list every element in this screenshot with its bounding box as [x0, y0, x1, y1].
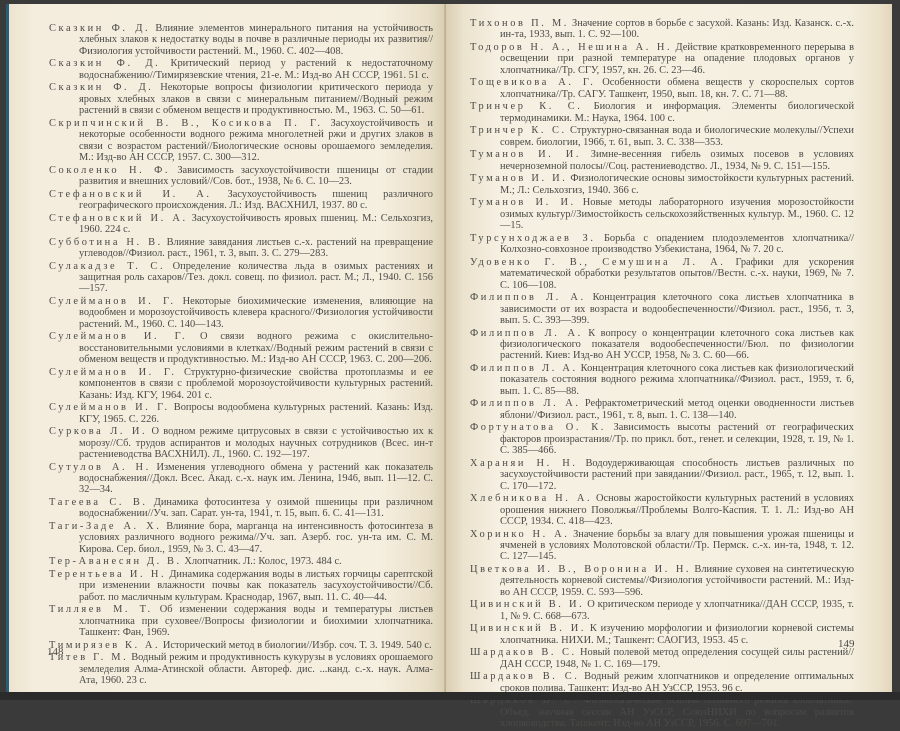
bibliography-entry: Тодоров Н. А., Нешина А. Н. Действие кра…: [470, 42, 854, 76]
entry-author: Хараняи Н. Н.: [470, 458, 578, 469]
bibliography-entry: Хлебникова Н. А. Основы жаростойкости ку…: [470, 493, 854, 527]
entry-author: Туманов И. И.: [470, 197, 576, 208]
entry-author: Тихонов П. М.: [470, 18, 569, 29]
entry-author: Терентьева И. Н.: [49, 569, 166, 580]
entry-author: Фортунатова О. К.: [470, 422, 606, 433]
bibliography-entry: Сулейманов И. Г. Вопросы водообмена куль…: [49, 402, 433, 425]
entry-author: Тагеева С. В.: [49, 497, 148, 508]
bibliography-entry: Тощевикова А. Г. Особенности обмена веще…: [470, 77, 854, 100]
bibliography-entry: Удовенко Г. В., Семушина Л. А. Графики д…: [470, 257, 854, 291]
entry-author: Сказкин Ф. Д.: [49, 23, 150, 34]
entry-author: Стефановский И. А.: [49, 189, 212, 200]
left-page: Сказкин Ф. Д. Влияние элементов минераль…: [6, 4, 446, 694]
entry-author: Таги-Заде А. Х.: [49, 521, 161, 532]
entry-author: Сулейманов И. Г.: [49, 402, 170, 413]
bibliography-entry: Фортунатова О. К. Зависимость высоты рас…: [470, 422, 854, 456]
bibliography-entry: Стефановский И. А. Засухоустойчивость пш…: [49, 189, 433, 212]
entry-author: Филиппов Л. А.: [470, 363, 578, 374]
entry-author: Цветкова И. В., Воронина И. Н.: [470, 564, 691, 575]
bibliography-entry: Туманов И. И. Новые методы лабораторного…: [470, 197, 854, 231]
bibliography-entry: Тринчер К. С. Биология и информация. Эле…: [470, 101, 854, 124]
bibliography-entry: Филиппов Л. А. Концентрация клеточного с…: [470, 292, 854, 326]
bibliography-entry: Сутулов А. Н. Изменения углеводного обме…: [49, 462, 433, 496]
bibliography-entry: Турсунходжаев З. Борьба с опадением плод…: [470, 233, 854, 256]
entry-author: Туманов И. И.: [470, 149, 581, 160]
page-bottom-edge: [0, 692, 900, 700]
entry-author: Шардаков В. С.: [470, 647, 577, 658]
entry-author: Филиппов Л. А.: [470, 328, 583, 339]
entry-author: Филиппов Л. А.: [470, 292, 586, 303]
bibliography-entry: Сказкин Ф. Д. Критический период у расте…: [49, 58, 433, 81]
bibliography-entry: Сулейманов И. Г. Некоторые биохимические…: [49, 296, 433, 330]
bibliography-entry: Шардаков В. С. Водный режим хлопчатников…: [470, 671, 854, 694]
entry-author: Тилляев М. Т.: [49, 604, 153, 615]
bibliography-entry: Шардаков В. С. Новый полевой метод опред…: [470, 647, 854, 670]
bibliography-entry: Скрипчинский В. В., Косикова П. Г. Засух…: [49, 118, 433, 164]
entry-author: Тринчер К. С.: [470, 101, 582, 112]
page-number-right: 149: [838, 638, 855, 650]
bibliography-entry: Тагеева С. В. Динамика фотосинтеза у ози…: [49, 497, 433, 520]
entry-author: Сулакадзе Т. С.: [49, 261, 165, 272]
bibliography-entry: Сулейманов И. Г. О связи водного режима …: [49, 331, 433, 365]
entry-author: Хлебникова Н. А.: [470, 493, 592, 504]
bibliography-list-left: Сказкин Ф. Д. Влияние элементов минераль…: [49, 23, 433, 688]
entry-author: Удовенко Г. В., Семушина Л. А.: [470, 257, 725, 268]
entry-author: Туманов И. И.: [470, 173, 567, 184]
entry-author: Хоринко Н. А.: [470, 529, 569, 540]
entry-author: Турсунходжаев З.: [470, 233, 596, 244]
entry-author: Тодоров Н. А., Нешина А. Н.: [470, 42, 672, 53]
entry-author: Сказкин Ф. Д.: [49, 58, 160, 69]
bibliography-entry: Тер-Аванесян Д. В. Хлопчатник. Л.: Колос…: [49, 556, 433, 567]
entry-author: Сулейманов И. Г.: [49, 331, 187, 342]
bibliography-entry: Титев Г. М. Водный режим и продуктивност…: [49, 652, 433, 686]
bibliography-entry: Таги-Заде А. Х. Влияние бора, марганца н…: [49, 521, 433, 555]
bibliography-entry: Филиппов Л. А. Концентрация клеточного с…: [470, 363, 854, 397]
right-page: Тихонов П. М. Значение сортов в борьбе с…: [446, 4, 892, 694]
bibliography-list-right: Тихонов П. М. Значение сортов в борьбе с…: [470, 18, 854, 700]
entry-author: Скрипчинский В. В., Косикова П. Г.: [49, 118, 323, 129]
entry-text: Хлопчатник. Л.: Колос, 1973. 484 с.: [184, 556, 341, 567]
book-spread: Сказкин Ф. Д. Влияние элементов минераль…: [0, 0, 900, 700]
bibliography-entry: Тимирязев К. А. Исторический метод в био…: [49, 640, 433, 651]
bibliography-entry: Хоринко Н. А. Значение борьбы за влагу д…: [470, 529, 854, 563]
entry-author: Тринчер К. С.: [470, 125, 567, 136]
entry-author: Сутулов А. Н.: [49, 462, 151, 473]
entry-author: Тер-Аванесян Д. В.: [49, 556, 182, 567]
entry-author: Сулейманов И. Г.: [49, 367, 177, 378]
bibliography-entry: Цивинский В. И. К изучению морфологии и …: [470, 623, 854, 646]
entry-author: Шардаков В. С.: [470, 671, 579, 682]
bibliography-entry: Туманов И. И. Зимне-весенняя гибель озим…: [470, 149, 854, 172]
bibliography-entry: Стефановский И. А. Засухоустойчивость яр…: [49, 213, 433, 236]
bibliography-entry: Тилляев М. Т. Об изменении содержания во…: [49, 604, 433, 638]
bibliography-entry: Тринчер К. С. Структурно-связанная вода …: [470, 125, 854, 148]
entry-author: Субботина Н. В.: [49, 237, 163, 248]
bibliography-entry: Филиппов Л. А. Рефрактометрический метод…: [470, 398, 854, 421]
entry-author: Сулейманов И. Г.: [49, 296, 176, 307]
bibliography-entry: Цивинский В. И. О критическом периоде у …: [470, 599, 854, 622]
entry-text: Водный режим и продуктивность кукурузы в…: [79, 652, 433, 686]
bibliography-entry: Сказкин Ф. Д. Влияние элементов минераль…: [49, 23, 433, 57]
bibliography-entry: Тихонов П. М. Значение сортов в борьбе с…: [470, 18, 854, 41]
entry-author: Тощевикова А. Г.: [470, 77, 596, 88]
bibliography-entry: Суркова Л. И. О водном режиме цитрусовых…: [49, 426, 433, 460]
bibliography-entry: Цветкова И. В., Воронина И. Н. Влияние с…: [470, 564, 854, 598]
bibliography-entry: Туманов И. И. Физиологические основы зим…: [470, 173, 854, 196]
entry-author: Тимирязев К. А.: [49, 640, 160, 651]
bibliography-entry: Терентьева И. Н. Динамика содержания вод…: [49, 569, 433, 603]
bibliography-entry: Соколенко Н. Ф. Зависимость засухоустойч…: [49, 165, 433, 188]
entry-author: Цивинский В. И.: [470, 623, 586, 634]
page-number-left: 148: [47, 646, 64, 658]
bibliography-entry: Филиппов Л. А. К вопросу о концентрации …: [470, 328, 854, 362]
entry-author: Сказкин Ф. Д.: [49, 82, 153, 93]
bibliography-entry: Субботина Н. В. Влияние завядания листье…: [49, 237, 433, 260]
entry-author: Филиппов Л. А.: [470, 398, 581, 409]
entry-text: Исторический метод в биологии//Избр. соч…: [163, 640, 432, 651]
bibliography-entry: Сказкин Ф. Д. Некоторые вопросы физиолог…: [49, 82, 433, 116]
bibliography-entry: Сулейманов И. Г. Структурно-физические с…: [49, 367, 433, 401]
entry-author: Суркова Л. И.: [49, 426, 147, 437]
entry-author: Соколенко Н. Ф.: [49, 165, 170, 176]
entry-author: Цивинский В. И.: [470, 599, 584, 610]
bibliography-entry: Сулакадзе Т. С. Определение количества л…: [49, 261, 433, 295]
bibliography-entry: Хараняи Н. Н. Водоудерживающая способнос…: [470, 458, 854, 492]
entry-author: Стефановский И. А.: [49, 213, 188, 224]
